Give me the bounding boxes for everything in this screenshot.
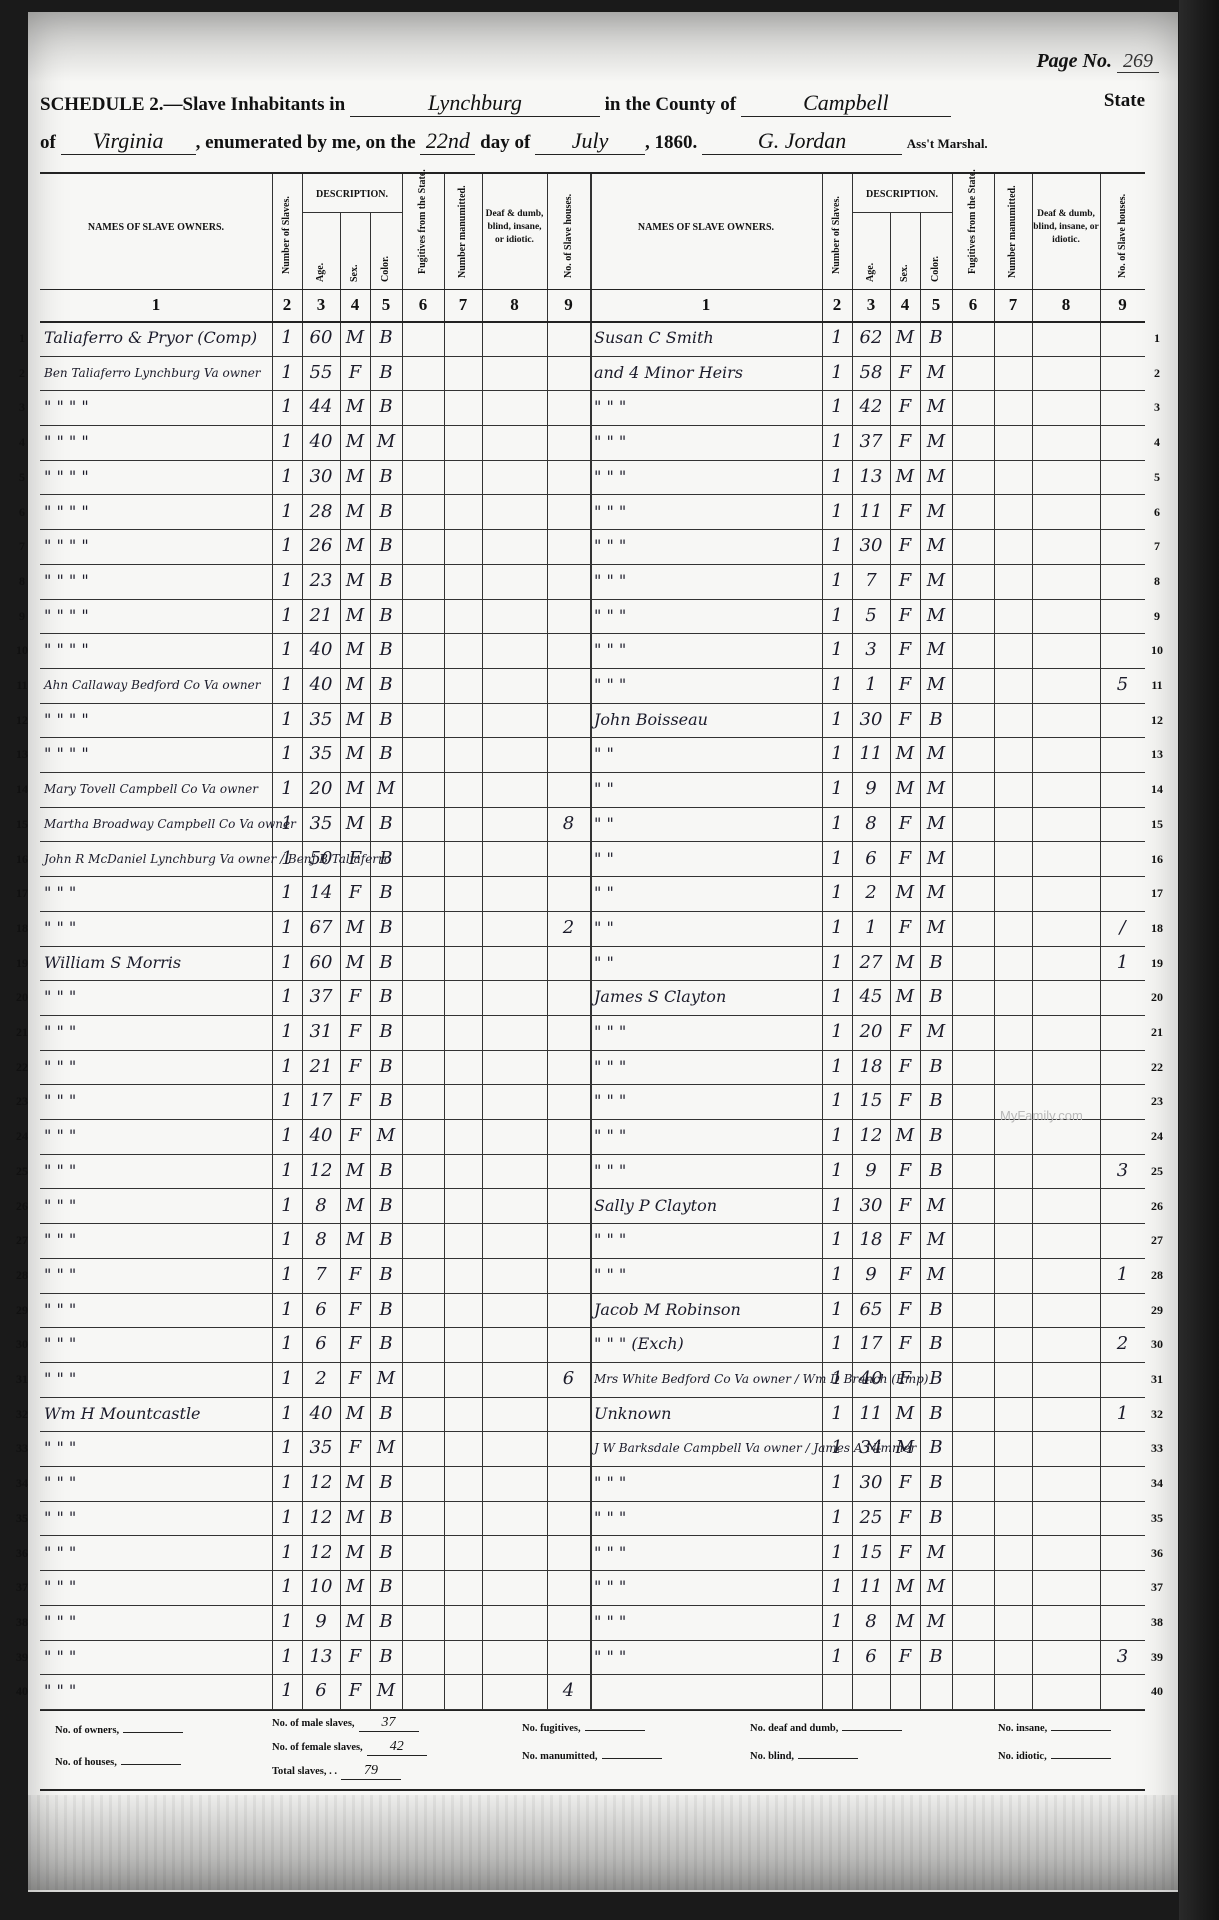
deaf-cell	[1032, 1015, 1100, 1050]
color-cell: B	[370, 1640, 402, 1675]
houses-cell	[1100, 460, 1145, 495]
num-cell: 1	[822, 980, 852, 1015]
houses-cell	[1100, 633, 1145, 668]
sex-cell: F	[890, 599, 920, 634]
table-row: " " "110MB	[40, 1570, 590, 1606]
deaf-cell	[482, 1570, 547, 1605]
houses-cell	[547, 842, 590, 877]
color-cell: B	[920, 1466, 952, 1501]
sex-cell	[890, 1674, 920, 1709]
line-number: 3	[12, 400, 32, 415]
num-cell: 1	[822, 668, 852, 703]
manu-cell	[444, 1189, 482, 1224]
sex-cell: F	[340, 842, 370, 877]
owner-cell: " " "	[590, 564, 826, 599]
owner-cell: " " "	[590, 1258, 826, 1293]
manu-cell	[444, 876, 482, 911]
num-cell: 1	[822, 1050, 852, 1085]
sex-cell: M	[890, 737, 920, 772]
color-cell: B	[370, 737, 402, 772]
column-number: 3	[852, 289, 890, 323]
age-cell: 28	[302, 495, 340, 530]
owner-cell: Taliaferro & Pryor (Comp)	[40, 321, 276, 356]
day-of-label: day of	[480, 132, 530, 153]
owner-cell: " " "	[40, 1362, 276, 1397]
line-number: 20	[12, 990, 32, 1005]
age-cell: 2	[302, 1362, 340, 1397]
houses-cell	[547, 1223, 590, 1258]
num-cell: 1	[822, 1223, 852, 1258]
age-cell: 7	[852, 564, 890, 599]
sex-cell: F	[340, 1327, 370, 1362]
color-column-header: Color.	[380, 256, 391, 282]
deaf-cell	[482, 321, 547, 356]
houses-cell	[1100, 1293, 1145, 1328]
table-row: " " "117FB	[40, 1084, 590, 1120]
color-cell: M	[920, 876, 952, 911]
deaf-cell	[482, 772, 547, 807]
age-column-header: Age.	[315, 263, 326, 282]
fug-cell	[952, 703, 994, 738]
deaf-cell	[1032, 1050, 1100, 1085]
color-cell: M	[920, 668, 952, 703]
table-row: John R McDaniel Lynchburg Va owner / Ben…	[40, 842, 590, 878]
houses-cell: 1	[1100, 1258, 1145, 1293]
owner-cell: " " "	[590, 390, 826, 425]
deaf-cell	[1032, 1501, 1100, 1536]
age-cell: 2	[852, 876, 890, 911]
owner-cell: Martha Broadway Campbell Co Va owner	[40, 807, 276, 842]
table-row: " " "112MB	[590, 1119, 1145, 1155]
num-cell: 1	[272, 1293, 302, 1328]
owner-cell: " "	[590, 876, 826, 911]
houses-cell	[1100, 1084, 1145, 1119]
owner-cell: " " "	[590, 1154, 826, 1189]
summary-footer: No. of owners, No. of houses, No. of mal…	[40, 1709, 1145, 1791]
place-field: Lynchburg	[350, 90, 600, 117]
sex-cell: F	[340, 876, 370, 911]
line-number: 3	[1147, 400, 1167, 415]
line-number: 7	[1147, 539, 1167, 554]
manu-cell	[444, 390, 482, 425]
sex-cell: F	[890, 1466, 920, 1501]
manu-cell	[444, 1501, 482, 1536]
sex-cell: M	[890, 1605, 920, 1640]
manu-cell	[994, 876, 1032, 911]
owner-cell: " " "	[590, 633, 826, 668]
manu-cell	[444, 495, 482, 530]
color-cell: B	[370, 1501, 402, 1536]
manu-cell	[994, 1293, 1032, 1328]
owner-cell: " " "	[590, 1084, 826, 1119]
table-row: " " "142FM	[590, 390, 1145, 426]
line-number: 5	[12, 470, 32, 485]
owners-column-header: NAMES OF SLAVE OWNERS.	[590, 222, 822, 233]
table-row: " " "112MB	[40, 1154, 590, 1190]
houses-cell	[547, 1154, 590, 1189]
manu-cell	[444, 1119, 482, 1154]
table-row: " "111MM	[590, 737, 1145, 773]
owner-cell: " " "	[590, 1501, 826, 1536]
sex-cell: M	[340, 1189, 370, 1224]
houses-cell	[1100, 703, 1145, 738]
color-cell: B	[370, 946, 402, 981]
owner-cell: " "	[590, 946, 826, 981]
sex-cell: F	[890, 1536, 920, 1571]
line-number: 15	[12, 817, 32, 832]
age-cell: 12	[302, 1501, 340, 1536]
sex-cell: M	[340, 1570, 370, 1605]
age-cell: 9	[852, 772, 890, 807]
age-cell: 18	[852, 1223, 890, 1258]
deaf-cell	[1032, 599, 1100, 634]
owner-cell: " " "	[40, 1674, 276, 1709]
column-number: 7	[994, 289, 1032, 323]
sex-cell: F	[890, 633, 920, 668]
age-cell: 30	[852, 1189, 890, 1224]
color-cell: B	[920, 1119, 952, 1154]
manu-cell	[444, 842, 482, 877]
owner-cell: " " "	[40, 1189, 276, 1224]
houses-cell	[547, 1431, 590, 1466]
manu-cell	[444, 737, 482, 772]
num-cell: 1	[272, 1362, 302, 1397]
color-cell: M	[920, 1189, 952, 1224]
column-number: 8	[482, 289, 547, 323]
age-cell: 50	[302, 842, 340, 877]
houses-cell	[547, 1466, 590, 1501]
manu-cell	[444, 1223, 482, 1258]
color-cell: M	[920, 564, 952, 599]
deaf-cell	[1032, 1258, 1100, 1293]
age-cell: 7	[302, 1258, 340, 1293]
color-cell: M	[920, 1258, 952, 1293]
color-cell: B	[370, 599, 402, 634]
fug-cell	[402, 1015, 444, 1050]
age-cell: 55	[302, 356, 340, 391]
sex-cell: M	[340, 668, 370, 703]
manu-cell	[994, 1640, 1032, 1675]
table-row	[590, 1674, 1145, 1710]
manu-cell	[994, 356, 1032, 391]
line-number: 13	[12, 747, 32, 762]
houses-cell	[547, 460, 590, 495]
houses-cell	[1100, 842, 1145, 877]
fug-cell	[402, 1362, 444, 1397]
age-cell: 15	[852, 1084, 890, 1119]
owner-cell: Mrs White Bedford Co Va owner / Wm D Bra…	[590, 1362, 826, 1397]
table-row: " " "137FM	[590, 425, 1145, 461]
owner-cell: " " "	[40, 1223, 276, 1258]
manu-cell	[994, 772, 1032, 807]
fug-cell	[402, 876, 444, 911]
num-cell: 1	[822, 876, 852, 911]
num-cell: 1	[822, 1397, 852, 1432]
line-number: 22	[12, 1060, 32, 1075]
manu-cell	[994, 1258, 1032, 1293]
houses-cell	[547, 1119, 590, 1154]
page-label: Page No.	[1036, 50, 1112, 72]
houses-cell	[547, 946, 590, 981]
owner-cell: " " "	[40, 1015, 276, 1050]
color-cell: B	[370, 980, 402, 1015]
manu-cell	[994, 980, 1032, 1015]
age-cell: 9	[302, 1605, 340, 1640]
owner-cell: " " " "	[40, 529, 276, 564]
insane-count: No. insane,	[998, 1723, 1111, 1734]
sex-cell: F	[890, 1362, 920, 1397]
age-cell: 15	[852, 1536, 890, 1571]
color-cell: B	[370, 1084, 402, 1119]
deaf-cell	[1032, 1293, 1100, 1328]
sex-cell: M	[340, 946, 370, 981]
deaf-blind-column-header: Deaf & dumb, blind, insane, or idiotic.	[1032, 208, 1100, 247]
sex-cell: M	[340, 1154, 370, 1189]
table-row: " " "118FB	[590, 1050, 1145, 1086]
manu-cell	[444, 1084, 482, 1119]
deaf-cell	[1032, 1119, 1100, 1154]
fug-cell	[952, 356, 994, 391]
color-cell: M	[370, 1431, 402, 1466]
table-row: " " " "144MB	[40, 390, 590, 426]
fug-cell	[952, 1258, 994, 1293]
num-cell: 1	[822, 1015, 852, 1050]
sex-cell: M	[340, 599, 370, 634]
fug-cell	[952, 1397, 994, 1432]
owner-cell: " " " "	[40, 460, 276, 495]
sex-cell: F	[890, 703, 920, 738]
houses-cell	[547, 1397, 590, 1432]
num-cell: 1	[822, 807, 852, 842]
manu-cell	[994, 1397, 1032, 1432]
fug-cell	[402, 460, 444, 495]
deaf-cell	[482, 807, 547, 842]
table-row: " " " (Exch)117FB2	[590, 1327, 1145, 1363]
num-cell: 1	[272, 980, 302, 1015]
sex-cell: F	[890, 1501, 920, 1536]
color-cell: B	[370, 703, 402, 738]
age-cell: 8	[302, 1189, 340, 1224]
houses-cell: 1	[1100, 946, 1145, 981]
num-cell: 1	[272, 1674, 302, 1709]
age-cell: 12	[302, 1536, 340, 1571]
age-cell: 60	[302, 321, 340, 356]
line-number: 17	[1147, 886, 1167, 901]
num-cell: 1	[822, 1536, 852, 1571]
line-number: 33	[12, 1441, 32, 1456]
fug-cell	[402, 633, 444, 668]
owner-cell: " " " "	[40, 564, 276, 599]
deaf-cell	[1032, 703, 1100, 738]
color-cell: M	[920, 842, 952, 877]
fug-cell	[402, 807, 444, 842]
schedule-title-line: SCHEDULE 2.—Slave Inhabitants in Lynchbu…	[40, 90, 1145, 117]
sex-cell: F	[340, 1674, 370, 1709]
deaf-cell	[1032, 772, 1100, 807]
line-number: 14	[12, 782, 32, 797]
color-cell: B	[920, 946, 952, 981]
fug-cell	[952, 390, 994, 425]
table-row: " " "16FB3	[590, 1640, 1145, 1676]
table-row: Ahn Callaway Bedford Co Va owner140MB	[40, 668, 590, 704]
sex-cell: F	[890, 1258, 920, 1293]
owner-cell: " " " "	[40, 390, 276, 425]
age-cell: 25	[852, 1501, 890, 1536]
age-cell: 40	[302, 425, 340, 460]
sex-cell: M	[340, 1501, 370, 1536]
fug-cell	[952, 737, 994, 772]
houses-cell	[547, 668, 590, 703]
deaf-cell	[482, 460, 547, 495]
deaf-cell	[482, 1362, 547, 1397]
sex-cell: F	[890, 1327, 920, 1362]
line-number: 15	[1147, 817, 1167, 832]
table-row: " " "17FM	[590, 564, 1145, 600]
fug-cell	[402, 1293, 444, 1328]
column-number: 4	[340, 289, 370, 323]
manu-cell	[444, 356, 482, 391]
sex-cell: M	[340, 495, 370, 530]
owner-cell: " " "	[40, 1501, 276, 1536]
schedule-title: SCHEDULE 2.—Slave Inhabitants in	[40, 94, 345, 115]
color-cell: M	[370, 1119, 402, 1154]
age-cell: 11	[852, 737, 890, 772]
age-cell: 37	[302, 980, 340, 1015]
num-cell: 1	[272, 876, 302, 911]
line-number: 35	[12, 1511, 32, 1526]
age-cell: 8	[852, 807, 890, 842]
sex-cell: M	[890, 980, 920, 1015]
sex-cell: F	[890, 425, 920, 460]
manu-cell	[444, 1431, 482, 1466]
num-cell: 1	[272, 807, 302, 842]
fug-cell	[402, 1258, 444, 1293]
column-number: 5	[920, 289, 952, 323]
page-number-label: Page No. 269	[1036, 50, 1159, 73]
deaf-cell	[482, 1154, 547, 1189]
line-number: 13	[1147, 747, 1167, 762]
houses-cell	[1100, 564, 1145, 599]
fugitives-column-header: Fugitives from the State.	[417, 169, 428, 274]
age-cell: 9	[852, 1154, 890, 1189]
line-number: 40	[12, 1684, 32, 1699]
manu-cell	[994, 1050, 1032, 1085]
color-cell: B	[370, 1223, 402, 1258]
deaf-cell	[482, 1674, 547, 1709]
table-row: " " "130FB	[590, 1466, 1145, 1502]
owner-cell: " " "	[40, 1119, 276, 1154]
table-body: Taliaferro & Pryor (Comp)160MBBen Taliaf…	[40, 321, 590, 1709]
owner-cell: Jacob M Robinson	[590, 1293, 826, 1328]
color-cell: M	[920, 911, 952, 946]
age-cell: 20	[852, 1015, 890, 1050]
table-row: " " "16FM4	[40, 1674, 590, 1710]
deaf-cell	[482, 1223, 547, 1258]
page-number: 269	[1117, 50, 1159, 73]
deaf-cell	[1032, 807, 1100, 842]
color-cell	[920, 1674, 952, 1709]
manu-cell	[994, 460, 1032, 495]
deaf-cell	[1032, 842, 1100, 877]
age-cell: 12	[302, 1154, 340, 1189]
houses-column-header: No. of Slave houses.	[563, 194, 574, 278]
line-number: 33	[1147, 1441, 1167, 1456]
sex-cell: F	[340, 1050, 370, 1085]
fug-cell	[402, 1119, 444, 1154]
deaf-cell	[482, 1501, 547, 1536]
manu-cell	[994, 1570, 1032, 1605]
male-slaves-count: No. of male slaves,37	[272, 1715, 419, 1732]
deaf-cell	[482, 390, 547, 425]
color-cell: B	[920, 1362, 952, 1397]
color-cell: M	[370, 1674, 402, 1709]
fug-cell	[952, 1327, 994, 1362]
houses-cell	[547, 1605, 590, 1640]
line-number: 24	[1147, 1129, 1167, 1144]
num-cell: 1	[272, 1536, 302, 1571]
table-row: " " "121FB	[40, 1050, 590, 1086]
fug-cell	[952, 1362, 994, 1397]
age-cell: 12	[852, 1119, 890, 1154]
age-cell: 18	[852, 1050, 890, 1085]
sex-cell: F	[890, 564, 920, 599]
female-slaves-count: No. of female slaves,42	[272, 1739, 427, 1756]
manu-cell	[994, 425, 1032, 460]
manu-cell	[444, 1015, 482, 1050]
deaf-cell	[1032, 460, 1100, 495]
houses-cell	[1100, 495, 1145, 530]
table-row: " " " "140MM	[40, 425, 590, 461]
deaf-cell	[1032, 737, 1100, 772]
sex-cell: M	[890, 1431, 920, 1466]
line-number: 27	[1147, 1233, 1167, 1248]
age-cell: 30	[852, 529, 890, 564]
deaf-cell	[1032, 980, 1100, 1015]
fug-cell	[402, 1397, 444, 1432]
owner-cell: " " "	[590, 495, 826, 530]
deaf-cell	[1032, 1605, 1100, 1640]
houses-cell: 8	[547, 807, 590, 842]
houses-cell	[1100, 1466, 1145, 1501]
houses-cell	[547, 1293, 590, 1328]
column-number: 6	[402, 289, 444, 323]
sex-cell: F	[340, 356, 370, 391]
num-cell: 1	[822, 599, 852, 634]
line-number: 35	[1147, 1511, 1167, 1526]
num-cell: 1	[272, 564, 302, 599]
color-cell: B	[370, 1466, 402, 1501]
houses-cell	[1100, 1570, 1145, 1605]
deaf-cell	[1032, 1431, 1100, 1466]
sex-cell: M	[890, 876, 920, 911]
fug-cell	[402, 911, 444, 946]
sex-cell: F	[890, 1189, 920, 1224]
column-number: 2	[272, 289, 302, 323]
manu-cell	[444, 599, 482, 634]
number-column-header: Number of Slaves.	[281, 196, 292, 274]
deaf-cell	[1032, 946, 1100, 981]
owner-cell: " " "	[40, 1050, 276, 1085]
num-cell: 1	[822, 1293, 852, 1328]
deaf-cell	[482, 356, 547, 391]
table-row: " " "16FB	[40, 1293, 590, 1329]
table-row: Wm H Mountcastle140MB	[40, 1397, 590, 1433]
owner-cell: " " "	[590, 425, 826, 460]
color-cell: B	[370, 1397, 402, 1432]
houses-cell	[547, 1084, 590, 1119]
houses-cell	[547, 737, 590, 772]
owner-cell: " " "	[590, 1119, 826, 1154]
